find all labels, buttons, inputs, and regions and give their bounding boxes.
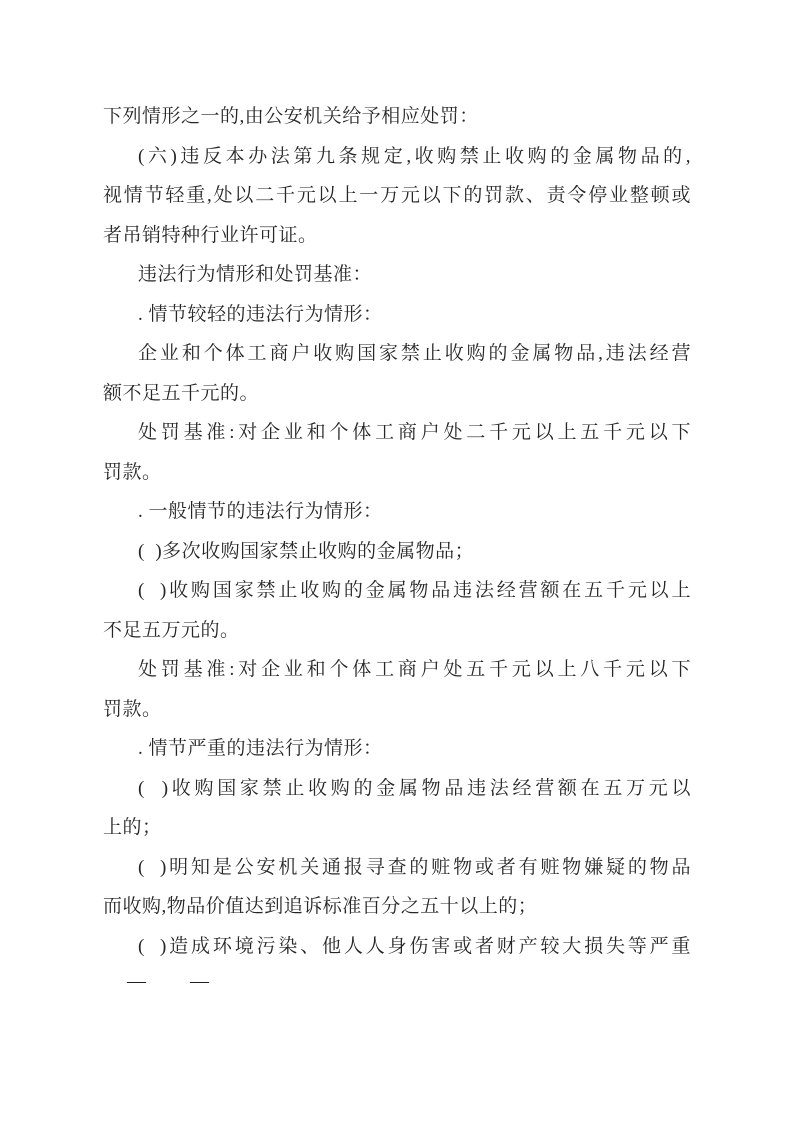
text-line-5: 违法行为情形和处罚基准： <box>103 255 691 295</box>
page-footer: — — <box>127 972 209 992</box>
text-line-22: ( )造成环境污染、他人人身伤害或者财产较大损失等严重 <box>103 927 691 967</box>
text-line-19: 上的； <box>103 808 691 848</box>
text-line-21: 而收购,物品价值达到追诉标准百分之五十以上的； <box>103 887 691 927</box>
text-line-14: 不足五万元的。 <box>103 611 691 651</box>
footer-dash-left: — <box>127 972 146 992</box>
page-body: 下列情形之一的,由公安机关给予相应处罚： (六)违反本办法第九条规定,收购禁止收… <box>103 97 691 966</box>
text-line-8: 额不足五千元的。 <box>103 374 691 414</box>
text-line-20: ( )明知是公安机关通报寻查的赃物或者有赃物嫌疑的物品 <box>103 848 691 888</box>
text-line-10: 罚款。 <box>103 453 691 493</box>
document-page: { "document": { "lines": [ "下列情形之一的,由公安机… <box>0 0 793 1122</box>
text-line-6: . 情节较轻的违法行为情形： <box>103 295 691 335</box>
text-line-17: . 情节严重的违法行为情形： <box>103 729 691 769</box>
text-line-7: 企业和个体工商户收购国家禁止收购的金属物品,违法经营 <box>103 334 691 374</box>
text-line-13: ( )收购国家禁止收购的金属物品违法经营额在五千元以上 <box>103 571 691 611</box>
text-line-1: 下列情形之一的,由公安机关给予相应处罚： <box>103 97 691 137</box>
text-line-2: (六)违反本办法第九条规定,收购禁止收购的金属物品的, <box>103 137 691 177</box>
text-line-11: . 一般情节的违法行为情形： <box>103 492 691 532</box>
footer-dash-right: — <box>190 972 209 992</box>
text-line-16: 罚款。 <box>103 690 691 730</box>
text-line-18: ( )收购国家禁止收购的金属物品违法经营额在五万元以 <box>103 769 691 809</box>
text-line-9: 处罚基准:对企业和个体工商户处二千元以上五千元以下 <box>103 413 691 453</box>
text-line-15: 处罚基准:对企业和个体工商户处五千元以上八千元以下 <box>103 650 691 690</box>
text-line-12: ( )多次收购国家禁止收购的金属物品； <box>103 532 691 572</box>
text-line-4: 者吊销特种行业许可证。 <box>103 216 691 256</box>
text-line-3: 视情节轻重,处以二千元以上一万元以下的罚款、责令停业整顿或 <box>103 176 691 216</box>
